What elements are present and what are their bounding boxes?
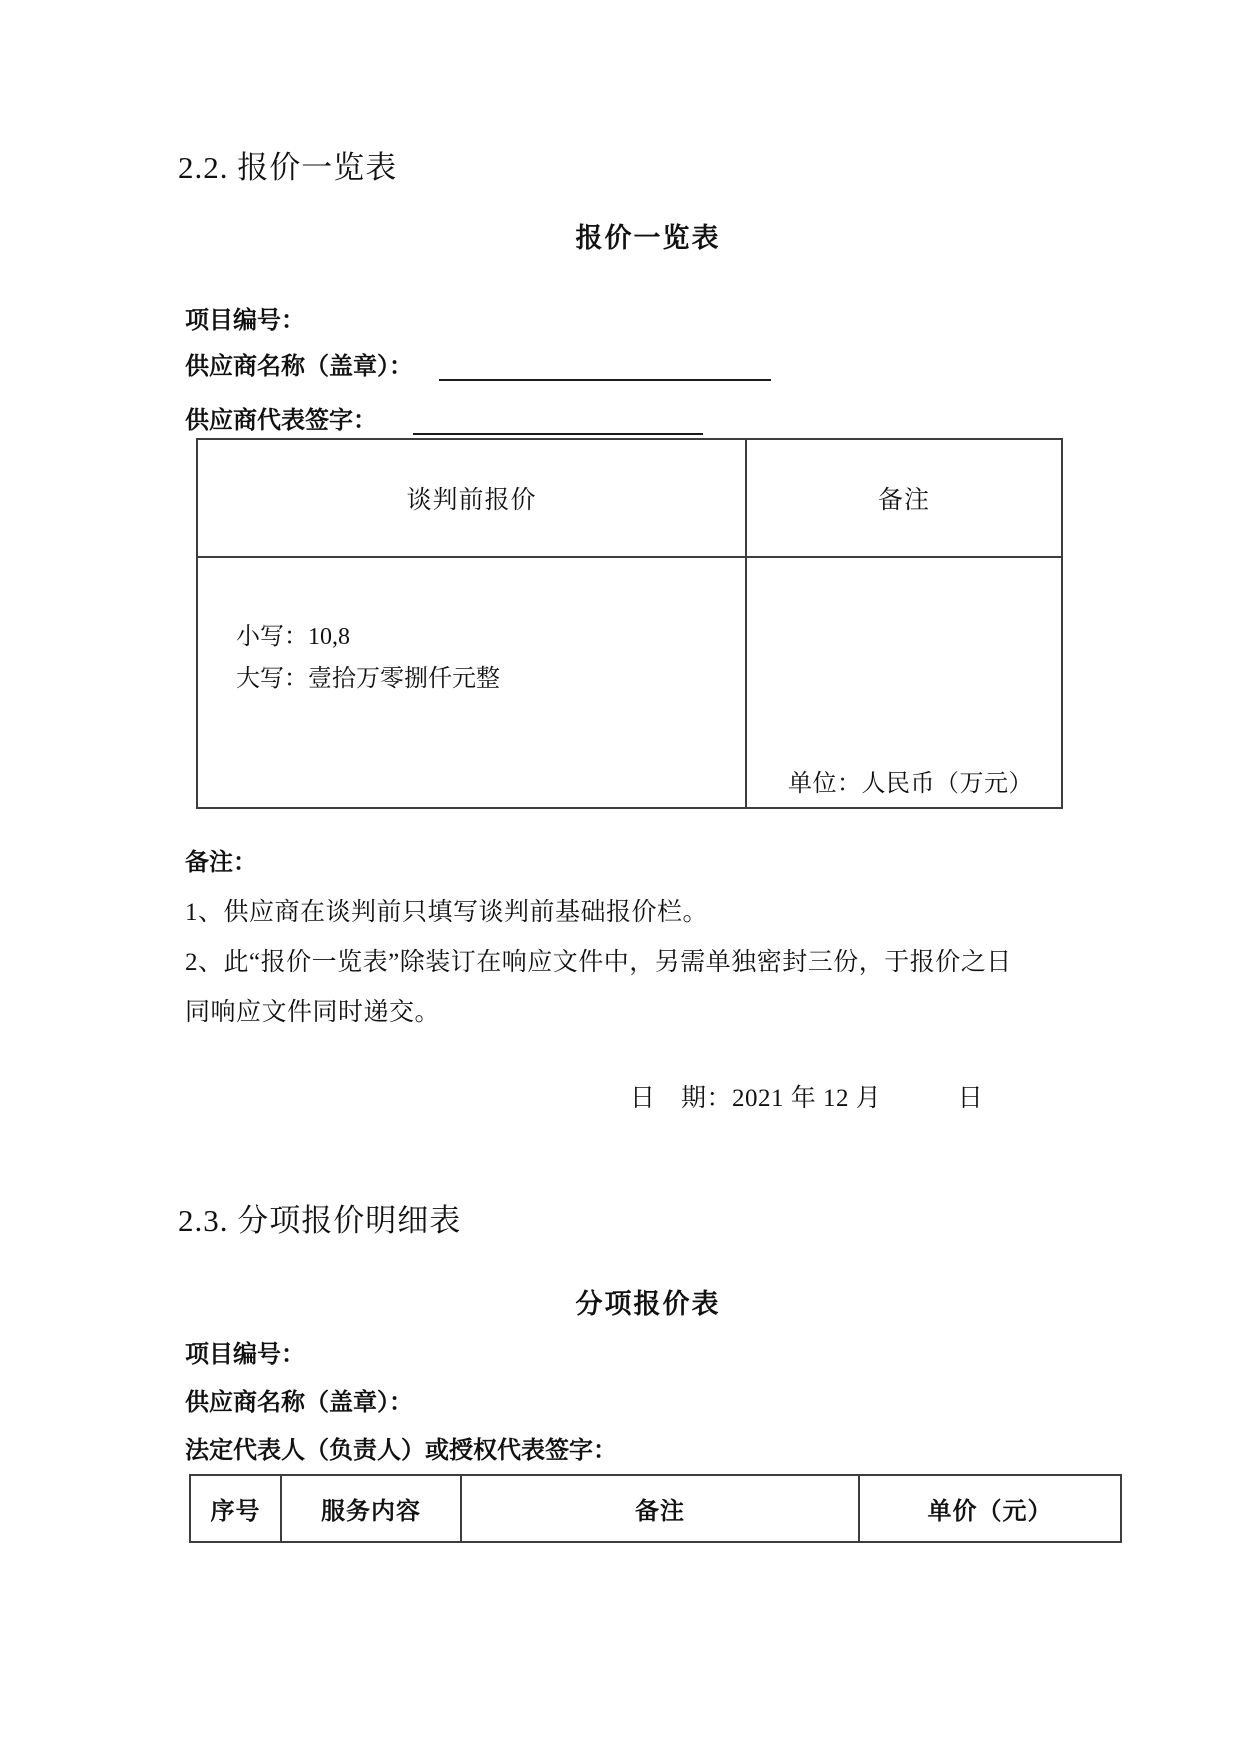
section-2-2-heading: 2.2. 报价一览表 — [178, 142, 397, 187]
quote-table-title: 报价一览表 — [178, 216, 1118, 255]
note-1-text: 1、供应商在谈判前只填写谈判前基础报价栏。 — [185, 892, 708, 928]
detail-table-title: 分项报价表 — [178, 1282, 1118, 1321]
quote-lowercase-text: 小写：10,8 — [236, 616, 745, 658]
legal-rep-label: 法定代表人（负责人）或授权代表签字： — [185, 1430, 617, 1465]
supplier-sign-line: 供应商代表签字： — [185, 400, 703, 435]
supplier-name-label-2: 供应商名称（盖章）： — [185, 1382, 413, 1417]
detail-table-header-row: 序号 服务内容 备注 单价（元） — [190, 1475, 1121, 1542]
quote-uppercase-text: 大写：壹拾万零捌仟元整 — [236, 658, 745, 700]
remark-header-cell: 备注 — [746, 439, 1062, 557]
detail-table: 序号 服务内容 备注 单价（元） — [189, 1474, 1122, 1543]
note-2-line-1: 2、此“报价一览表”除装订在响应文件中，另需单独密封三份，于报价之日 — [185, 942, 1012, 978]
detail-header-remark: 备注 — [461, 1475, 859, 1542]
quote-table-header-row: 谈判前报价 备注 — [197, 439, 1062, 557]
date-line: 日 期：2021 年 12 月 日 — [630, 1078, 983, 1114]
document-page: 2.2. 报价一览表 报价一览表 项目编号： 供应商名称（盖章）： 供应商代表签… — [0, 0, 1240, 1754]
project-number-label-2: 项目编号： — [185, 1334, 305, 1369]
quote-value-cell: 小写：10,8 大写：壹拾万零捌仟元整 — [197, 557, 746, 808]
quote-table: 谈判前报价 备注 小写：10,8 大写：壹拾万零捌仟元整 — [196, 438, 1063, 809]
unit-note: 单位：人民币（万元） — [788, 763, 1033, 798]
note-2-line-2: 同响应文件同时递交。 — [185, 992, 440, 1028]
detail-header-unit-price: 单价（元） — [859, 1475, 1121, 1542]
supplier-name-line-1: 供应商名称（盖章）： — [185, 346, 771, 381]
supplier-name-label-1: 供应商名称（盖章）： — [185, 353, 413, 380]
section-2-3-heading: 2.3. 分项报价明细表 — [178, 1195, 461, 1240]
supplier-sign-blank — [413, 406, 703, 435]
notes-label: 备注： — [185, 842, 257, 877]
supplier-name-blank — [439, 352, 771, 381]
quote-header-cell: 谈判前报价 — [197, 439, 746, 557]
detail-header-service: 服务内容 — [281, 1475, 461, 1542]
detail-header-seq: 序号 — [190, 1475, 281, 1542]
supplier-sign-label: 供应商代表签字： — [185, 407, 377, 434]
project-number-label-1: 项目编号： — [185, 300, 305, 335]
